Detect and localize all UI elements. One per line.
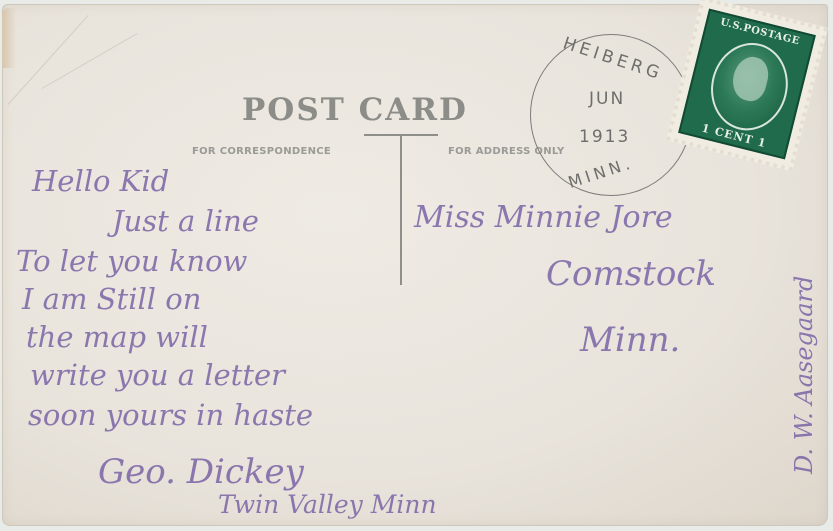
postmark-town: HEIBERG bbox=[560, 33, 665, 84]
postcard-back: POST CARD FOR CORRESPONDENCE FOR ADDRESS… bbox=[2, 4, 828, 526]
postage-stamp: U.S.POSTAGE 1 CENT 1 bbox=[666, 0, 828, 172]
postmark-state: MINN. bbox=[566, 153, 636, 192]
washington-portrait-icon bbox=[729, 53, 773, 104]
recipient-name: Miss Minnie Jore bbox=[414, 200, 673, 235]
corner-stain bbox=[2, 8, 16, 68]
message-line: Just a line bbox=[112, 204, 259, 238]
message-line: write you a letter bbox=[30, 358, 285, 392]
postmark: HEIBERG JUN 1913 MINN. bbox=[530, 34, 692, 196]
side-note: D. W. Aasegaard bbox=[790, 276, 818, 474]
postmark-month: JUN bbox=[589, 89, 625, 109]
correspondence-label: FOR CORRESPONDENCE bbox=[192, 146, 331, 157]
recipient-state: Minn. bbox=[580, 320, 680, 360]
stamp-face: U.S.POSTAGE 1 CENT 1 bbox=[678, 9, 816, 160]
crease-line bbox=[8, 15, 89, 105]
postcard-title: POST CARD bbox=[242, 92, 468, 128]
crease-line bbox=[42, 33, 138, 89]
recipient-city: Comstock bbox=[546, 254, 716, 294]
message-line: Hello Kid bbox=[32, 164, 169, 198]
portrait-icon bbox=[702, 35, 797, 139]
divider-vertical bbox=[400, 135, 402, 285]
message-line: To let you know bbox=[16, 244, 247, 278]
message-line: the map will bbox=[26, 320, 208, 354]
message-line: I am Still on bbox=[22, 282, 201, 316]
sender-location: Twin Valley Minn bbox=[218, 490, 437, 519]
message-line: soon yours in haste bbox=[28, 398, 313, 432]
signature: Geo. Dickey bbox=[98, 452, 304, 492]
postmark-year: 1913 bbox=[579, 127, 630, 147]
